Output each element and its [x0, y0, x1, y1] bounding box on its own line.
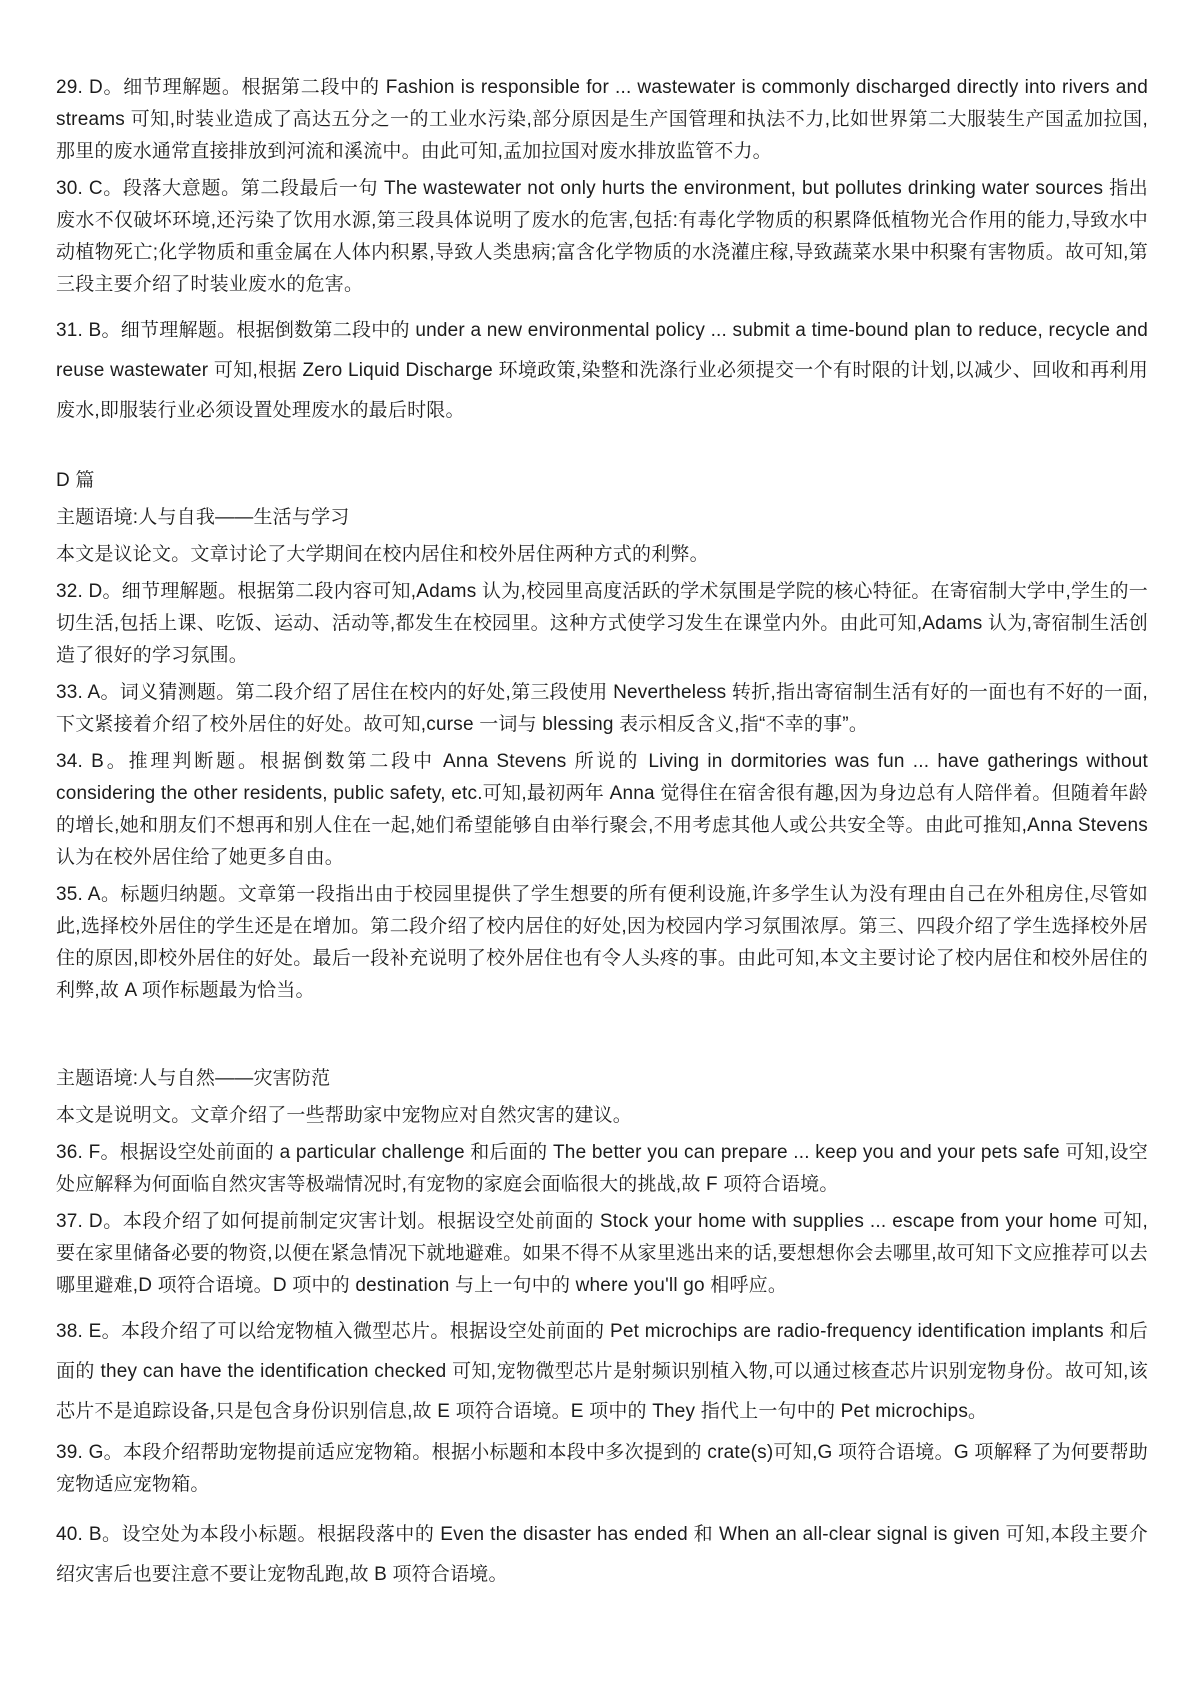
theme-context-passage-d: 主题语境:人与自我——生活与学习: [56, 502, 1148, 534]
answer-explanation-31: 31. B。细节理解题。根据倒数第二段中的 under a new enviro…: [56, 311, 1148, 431]
answer-explanation-35: 35. A。标题归纳题。文章第一段指出由于校园里提供了学生想要的所有便利设施,许…: [56, 879, 1148, 1007]
answer-explanation-38: 38. E。本段介绍了可以给宠物植入微型芯片。根据设空处前面的 Pet micr…: [56, 1312, 1148, 1432]
answer-explanation-34: 34. B。推理判断题。根据倒数第二段中 Anna Stevens 所说的 Li…: [56, 746, 1148, 874]
theme-context-cloze-passage: 主题语境:人与自然——灾害防范: [56, 1063, 1148, 1095]
answer-explanation-36: 36. F。根据设空处前面的 a particular challenge 和后…: [56, 1137, 1148, 1201]
cloze-passage-summary: 本文是说明文。文章介绍了一些帮助家中宠物应对自然灾害的建议。: [56, 1100, 1148, 1132]
passage-d-label: D 篇: [56, 465, 1148, 497]
answer-explanation-30: 30. C。段落大意题。第二段最后一句 The wastewater not o…: [56, 173, 1148, 301]
passage-d-summary: 本文是议论文。文章讨论了大学期间在校内居住和校外居住两种方式的利弊。: [56, 539, 1148, 571]
answer-key-document: 29. D。细节理解题。根据第二段中的 Fashion is responsib…: [0, 0, 1200, 1698]
answer-explanation-40: 40. B。设空处为本段小标题。根据段落中的 Even the disaster…: [56, 1515, 1148, 1595]
answer-explanation-32: 32. D。细节理解题。根据第二段内容可知,Adams 认为,校园里高度活跃的学…: [56, 576, 1148, 672]
answer-explanation-29: 29. D。细节理解题。根据第二段中的 Fashion is responsib…: [56, 72, 1148, 168]
answer-explanation-37: 37. D。本段介绍了如何提前制定灾害计划。根据设空处前面的 Stock you…: [56, 1206, 1148, 1302]
answer-explanation-33: 33. A。词义猜测题。第二段介绍了居住在校内的好处,第三段使用 Neverth…: [56, 677, 1148, 741]
answer-explanation-39: 39. G。本段介绍帮助宠物提前适应宠物箱。根据小标题和本段中多次提到的 cra…: [56, 1437, 1148, 1501]
